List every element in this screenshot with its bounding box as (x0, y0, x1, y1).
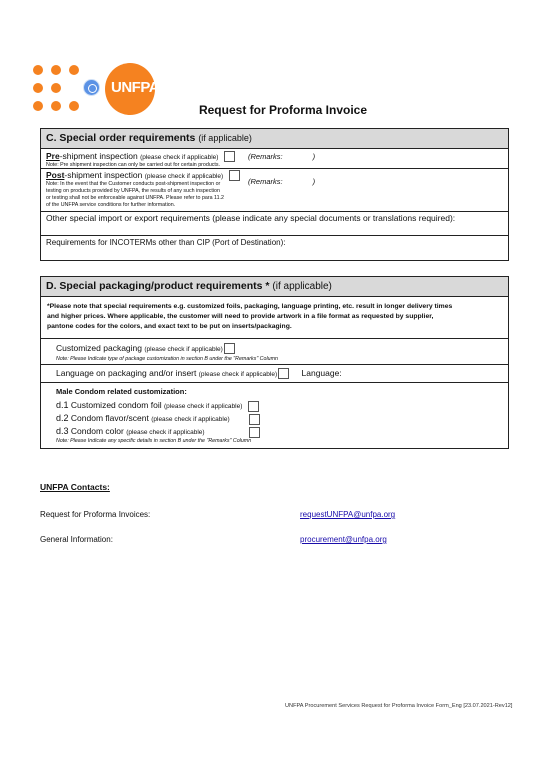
pre-shipment-checkbox[interactable] (224, 151, 235, 162)
contact-email-proforma[interactable]: requestUNFPA@unfpa.org (300, 510, 395, 519)
language-checkbox[interactable] (278, 368, 289, 379)
logo-brand-text: UNFPA (111, 79, 159, 96)
logo-dot (69, 65, 79, 75)
section-d-special-packaging: D. Special packaging/product requirement… (40, 276, 509, 449)
other-import-export-row[interactable]: Other special import or export requireme… (41, 212, 508, 236)
condom-color-checkbox[interactable] (249, 427, 260, 438)
logo-dot (33, 83, 43, 93)
customized-packaging-note: Note: Please Indicate type of package cu… (56, 356, 508, 362)
post-shipment-remarks[interactable]: (Remarks:) (248, 177, 315, 186)
male-condom-row: Male Condom related customization: d.1 C… (41, 383, 508, 448)
condom-item-d1: d.1 Customized condom foil (please check… (56, 400, 508, 413)
condom-item-d2: d.2 Condom flavor/scent (please check if… (56, 413, 508, 426)
contact-label-proforma: Request for Proforma Invoices: (40, 510, 150, 519)
page-title: Request for Proforma Invoice (0, 103, 550, 117)
un-emblem-icon (83, 79, 100, 96)
page-footer: UNFPA Procurement Services Request for P… (285, 703, 512, 709)
post-shipment-row: Post-shipment inspection (please check i… (41, 169, 508, 212)
disclaimer-row: *Please note that special requirements e… (41, 297, 508, 339)
incoterms-row[interactable]: Requirements for INCOTERMs other than CI… (41, 236, 508, 260)
section-c-heading: C. Special order requirements (if applic… (41, 129, 508, 149)
male-condom-note: Note: Please Indicate any specific detai… (56, 438, 508, 444)
condom-item-d3: d.3 Condom color (please check if applic… (56, 426, 508, 438)
logo-dot (33, 65, 43, 75)
customized-packaging-row: Customized packaging (please check if ap… (41, 339, 508, 365)
language-row: Language on packaging and/or insert (ple… (41, 365, 508, 383)
contact-email-general[interactable]: procurement@unfpa.org (300, 535, 387, 544)
condom-flavor-checkbox[interactable] (249, 414, 260, 425)
logo-dot (51, 65, 61, 75)
post-shipment-note-2: testing on products provided by UNFPA, t… (46, 188, 508, 195)
pre-shipment-row: Pre-shipment inspection (please check if… (41, 149, 508, 169)
language-field[interactable]: Language: (302, 368, 342, 378)
pre-shipment-remarks[interactable]: (Remarks:) (248, 152, 315, 161)
post-shipment-note-3: or testing shall not be enforceable agai… (46, 195, 508, 202)
post-shipment-note-4: of the UNFPA service conditions for furt… (46, 202, 508, 209)
logo-dot (51, 83, 61, 93)
post-shipment-checkbox[interactable] (229, 170, 240, 181)
contacts-heading: UNFPA Contacts: (40, 482, 110, 492)
condom-foil-checkbox[interactable] (248, 401, 259, 412)
contact-label-general: General Information: (40, 535, 113, 544)
section-c-special-order: C. Special order requirements (if applic… (40, 128, 509, 261)
customized-packaging-checkbox[interactable] (224, 343, 235, 354)
section-d-heading: D. Special packaging/product requirement… (41, 277, 508, 297)
